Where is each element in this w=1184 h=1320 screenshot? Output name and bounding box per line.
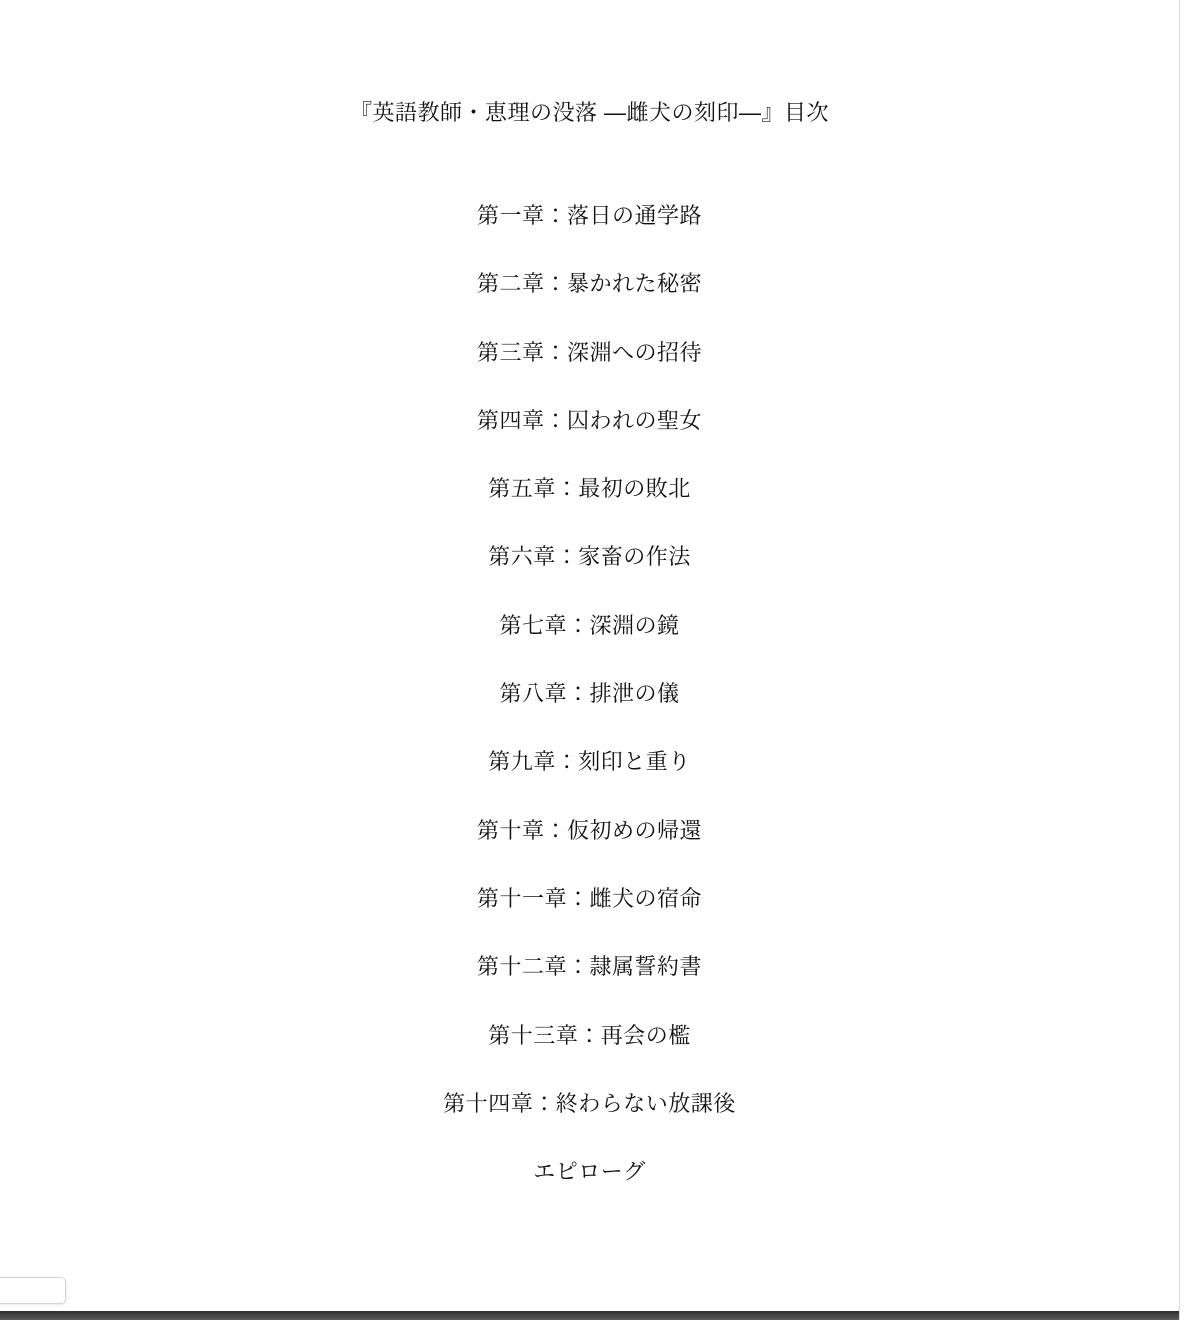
taskbar-edge[interactable] [0,1311,1179,1320]
toc-line: 第一章：落日の通学路 [0,182,1179,250]
document-page: 『英語教師・恵理の没落 ―雌犬の刻印―』目次 第一章：落日の通学路 第二章：暴か… [0,0,1179,1320]
table-of-contents: 第一章：落日の通学路 第二章：暴かれた秘密 第三章：深淵への招待 第四章：囚われ… [0,182,1179,1206]
toc-line: 第八章：排泄の儀 [0,660,1179,728]
screenshot-viewport: 『英語教師・恵理の没落 ―雌犬の刻印―』目次 第一章：落日の通学路 第二章：暴か… [0,0,1184,1320]
document-title: 『英語教師・恵理の没落 ―雌犬の刻印―』目次 [0,98,1179,128]
toc-line: 第十一章：雌犬の宿命 [0,865,1179,933]
toc-line: エピローグ [0,1138,1179,1206]
toc-line: 第十三章：再会の檻 [0,1002,1179,1070]
page-edge-line [1179,0,1180,1320]
toc-line: 第三章：深淵への招待 [0,319,1179,387]
toc-line: 第七章：深淵の鏡 [0,592,1179,660]
status-bubble [0,1277,66,1304]
toc-line: 第九章：刻印と重り [0,728,1179,796]
toc-line: 第十二章：隷属誓約書 [0,933,1179,1001]
toc-line: 第四章：囚われの聖女 [0,387,1179,455]
toc-line: 第十章：仮初めの帰還 [0,797,1179,865]
toc-line: 第二章：暴かれた秘密 [0,250,1179,318]
toc-line: 第五章：最初の敗北 [0,455,1179,523]
toc-line: 第十四章：終わらない放課後 [0,1070,1179,1138]
toc-line: 第六章：家畜の作法 [0,523,1179,591]
